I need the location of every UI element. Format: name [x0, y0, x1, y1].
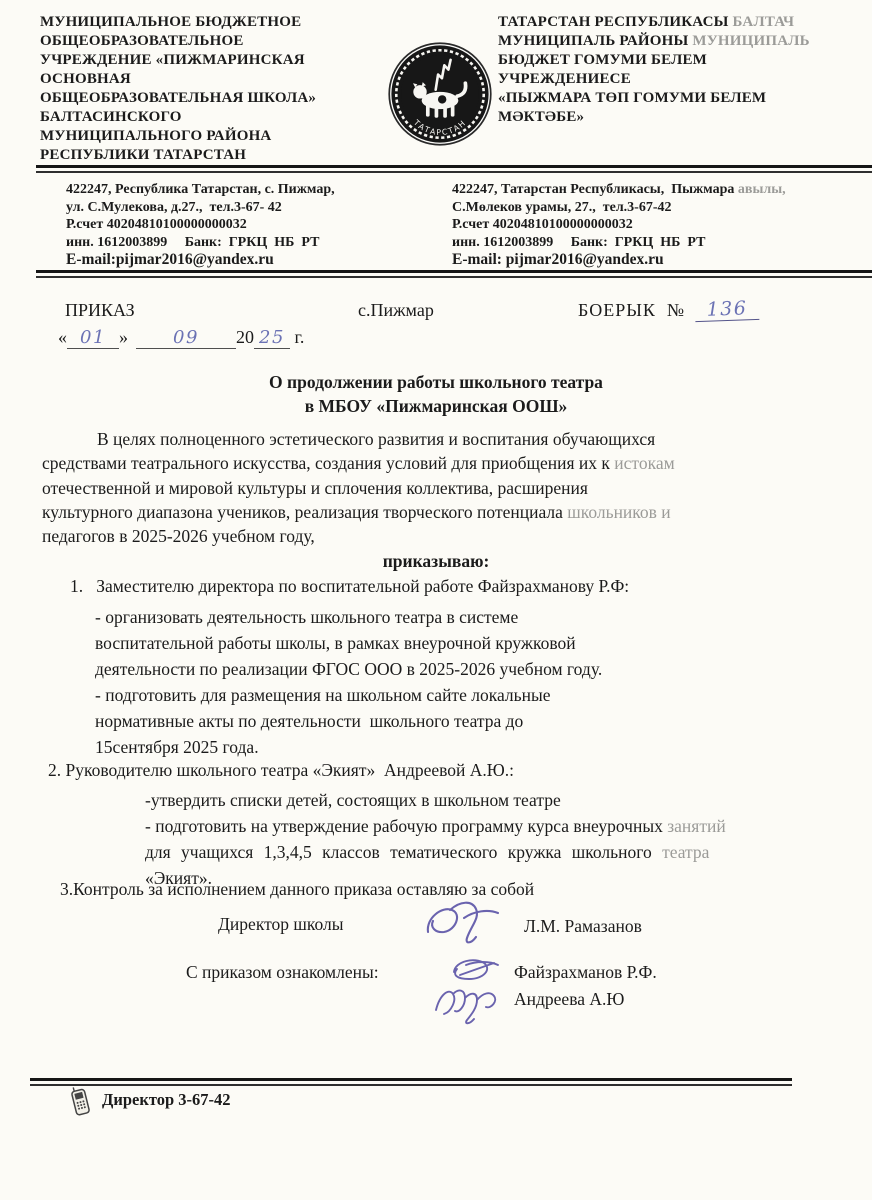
item-line: воспитательной работы школы, в рамках вн…	[95, 630, 795, 656]
preamble-paragraph: В целях полноценного эстетического разви…	[42, 427, 836, 548]
handwritten-order-number: 136	[695, 297, 760, 322]
org-name-russian: МУНИЦИПАЛЬНОЕ БЮДЖЕТНОЕ ОБЩЕОБРАЗОВАТЕЛЬ…	[40, 13, 395, 165]
tatarstan-emblem-icon: ТАТАРСТАН	[386, 40, 494, 148]
paragraph-line: В целях полноценного эстетического разви…	[42, 427, 836, 451]
order-item-1-body: - организовать деятельность школьного те…	[95, 604, 795, 760]
org-name-line: ОБЩЕОБРАЗОВАТЕЛЬНОЕ	[40, 32, 395, 51]
order-title: О продолжении работы школьного театра в …	[0, 370, 872, 418]
contact-line: С.Мөлеков урамы, 27., тел.3-67-42	[452, 199, 856, 217]
director-signature-label: Директор школы	[218, 914, 343, 935]
order-place: с.Пижмар	[358, 300, 434, 321]
paragraph-text-faded: истокам	[614, 453, 674, 473]
order-word-tatar-number: БОЕРЫК №	[578, 300, 685, 321]
ack-name-1: Файзрахманов Р.Ф.	[514, 962, 657, 983]
contact-line: инн. 1612003899 Банк: ГРКЦ НБ РТ	[452, 234, 856, 252]
contact-line: Р.счет 40204810100000000032	[66, 216, 448, 234]
order-item-3: 3.Контроль за исполнением данного приказ…	[60, 879, 534, 900]
order-item-2-body: -утвердить списки детей, состоящих в шко…	[145, 787, 845, 891]
org-name-line: МӘКТӘБЕ»	[498, 108, 872, 127]
org-name-line: «ПЫЖМАРА ТӨП ГОМУМИ БЕЛЕМ	[498, 89, 872, 108]
handwritten-day: 01	[67, 327, 119, 349]
director-signature	[418, 898, 518, 950]
contact-line: ул. С.Мулекова, д.27., тел.3-67- 42	[66, 199, 448, 217]
item-text: -утвердить списки детей, состоящих в шко…	[145, 790, 561, 810]
director-name: Л.М. Рамазанов	[524, 916, 642, 937]
item-text: для учащихся 1,3,4,5 классов тематическо…	[145, 842, 662, 862]
order-word-russian: ПРИКАЗ	[65, 300, 135, 321]
org-name-line: МУНИЦИПАЛЬНОГО РАЙОНА	[40, 127, 395, 146]
year-printed: 20	[236, 327, 254, 347]
org-name-line: УЧРЕЖДЕНИЕ «ПИЖМАРИНСКАЯ	[40, 51, 395, 70]
handwritten-year: 25	[254, 327, 290, 349]
order-item-1-heading: 1. Заместителю директора по воспитательн…	[70, 576, 629, 597]
email-line: E-mail: pijmar2016@yandex.ru	[452, 251, 856, 269]
paragraph-text: культурного диапазона учеников, реализац…	[42, 502, 567, 522]
contact-line: инн. 1612003899 Банк: ГРКЦ НБ РТ	[66, 234, 448, 252]
order-title-line: О продолжении работы школьного театра	[0, 370, 872, 394]
paragraph-text: педагогов в 2025-2026 учебном году,	[42, 526, 315, 546]
separator-rule-top	[36, 165, 872, 173]
paragraph-text: В целях полноценного эстетического разви…	[97, 429, 655, 449]
contact-line: 422247, Татарстан Республикасы, Пыжмара …	[452, 181, 856, 199]
org-name-line: МУНИЦИПАЛЬ РАЙОНЫ МУНИЦИПАЛЬ	[498, 32, 872, 51]
paragraph-line: культурного диапазона учеников, реализац…	[42, 500, 836, 524]
phone-icon	[68, 1084, 94, 1120]
paragraph-line: средствами театрального искусства, созда…	[42, 451, 836, 475]
contact-line: Р.счет 40204810100000000032	[452, 216, 856, 234]
year-suffix: г.	[295, 327, 305, 347]
order-date-line: «01»092025 г.	[58, 327, 304, 349]
contacts-russian: 422247, Республика Татарстан, с. Пижмар,…	[66, 181, 448, 269]
paragraph-text-faded: школьников и	[567, 502, 670, 522]
org-name-text-faded: МУНИЦИПАЛЬ	[692, 33, 809, 49]
paragraph-text: средствами театрального искусства, созда…	[42, 453, 614, 473]
item-line: - организовать деятельность школьного те…	[95, 604, 795, 630]
org-name-line: БЮДЖЕТ ГОМУМИ БЕЛЕМ	[498, 51, 872, 70]
org-name-line: ОБЩЕОБРАЗОВАТЕЛЬНАЯ ШКОЛА»	[40, 89, 395, 108]
quote-close: »	[119, 327, 128, 347]
separator-rule-bottom	[30, 1078, 792, 1086]
item-line: - подготовить на утверждение рабочую про…	[145, 813, 845, 839]
email-line: E-mail:pijmar2016@yandex.ru	[66, 251, 448, 269]
handwritten-month: 09	[136, 327, 236, 349]
footer-phone-label: Директор 3-67-42	[102, 1090, 231, 1110]
contacts-tatar: 422247, Татарстан Республикасы, Пыжмара …	[452, 181, 856, 269]
org-name-line: ТАТАРСТАН РЕСПУБЛИКАСЫ БАЛТАЧ	[498, 13, 872, 32]
item-line: - подготовить для размещения на школьном…	[95, 682, 795, 708]
org-name-tatar: ТАТАРСТАН РЕСПУБЛИКАСЫ БАЛТАЧ МУНИЦИПАЛЬ…	[498, 13, 872, 127]
quote-open: «	[58, 327, 67, 347]
ack-name-2: Андреева А.Ю	[514, 989, 624, 1010]
paragraph-line: педагогов в 2025-2026 учебном году,	[42, 524, 836, 548]
org-name-text: ТАТАРСТАН РЕСПУБЛИКАСЫ	[498, 14, 733, 30]
item-line: для учащихся 1,3,4,5 классов тематическо…	[145, 839, 845, 865]
order-item-2-heading: 2. Руководителю школьного театра «Экият»…	[48, 760, 514, 781]
ack-signature-2	[430, 978, 510, 1026]
org-name-line: БАЛТАСИНСКОГО	[40, 108, 395, 127]
item-line: деятельности по реализации ФГОС ООО в 20…	[95, 656, 795, 682]
decree-word: приказываю:	[0, 551, 872, 572]
contact-text-faded: авылы,	[738, 182, 786, 197]
paragraph-line: отечественной и мировой культуры и сплоч…	[42, 476, 836, 500]
scanned-order-document: МУНИЦИПАЛЬНОЕ БЮДЖЕТНОЕ ОБЩЕОБРАЗОВАТЕЛЬ…	[0, 0, 872, 1200]
org-name-text-faded: БАЛТАЧ	[733, 14, 795, 30]
item-text: - подготовить на утверждение рабочую про…	[145, 816, 667, 836]
item-line: -утвердить списки детей, состоящих в шко…	[145, 787, 845, 813]
separator-rule-middle	[36, 270, 872, 278]
org-name-line: ОСНОВНАЯ	[40, 70, 395, 89]
org-name-text: МУНИЦИПАЛЬ РАЙОНЫ	[498, 33, 692, 49]
contact-text: 422247, Татарстан Республикасы, Пыжмара	[452, 182, 738, 197]
paragraph-text: отечественной и мировой культуры и сплоч…	[42, 478, 588, 498]
item-text-faded: театра	[662, 842, 709, 862]
item-text-faded: занятий	[667, 816, 725, 836]
item-line: нормативные акты по деятельности школьно…	[95, 708, 795, 734]
org-name-line: РЕСПУБЛИКИ ТАТАРСТАН	[40, 146, 395, 165]
org-name-line: УЧРЕЖДЕНИЕСЕ	[498, 70, 872, 89]
contact-line: 422247, Республика Татарстан, с. Пижмар,	[66, 181, 448, 199]
item-line: 15сентября 2025 года.	[95, 734, 795, 760]
org-name-line: МУНИЦИПАЛЬНОЕ БЮДЖЕТНОЕ	[40, 13, 395, 32]
acknowledged-label: С приказом ознакомлены:	[186, 962, 379, 983]
order-title-line: в МБОУ «Пижмаринская ООШ»	[0, 394, 872, 418]
